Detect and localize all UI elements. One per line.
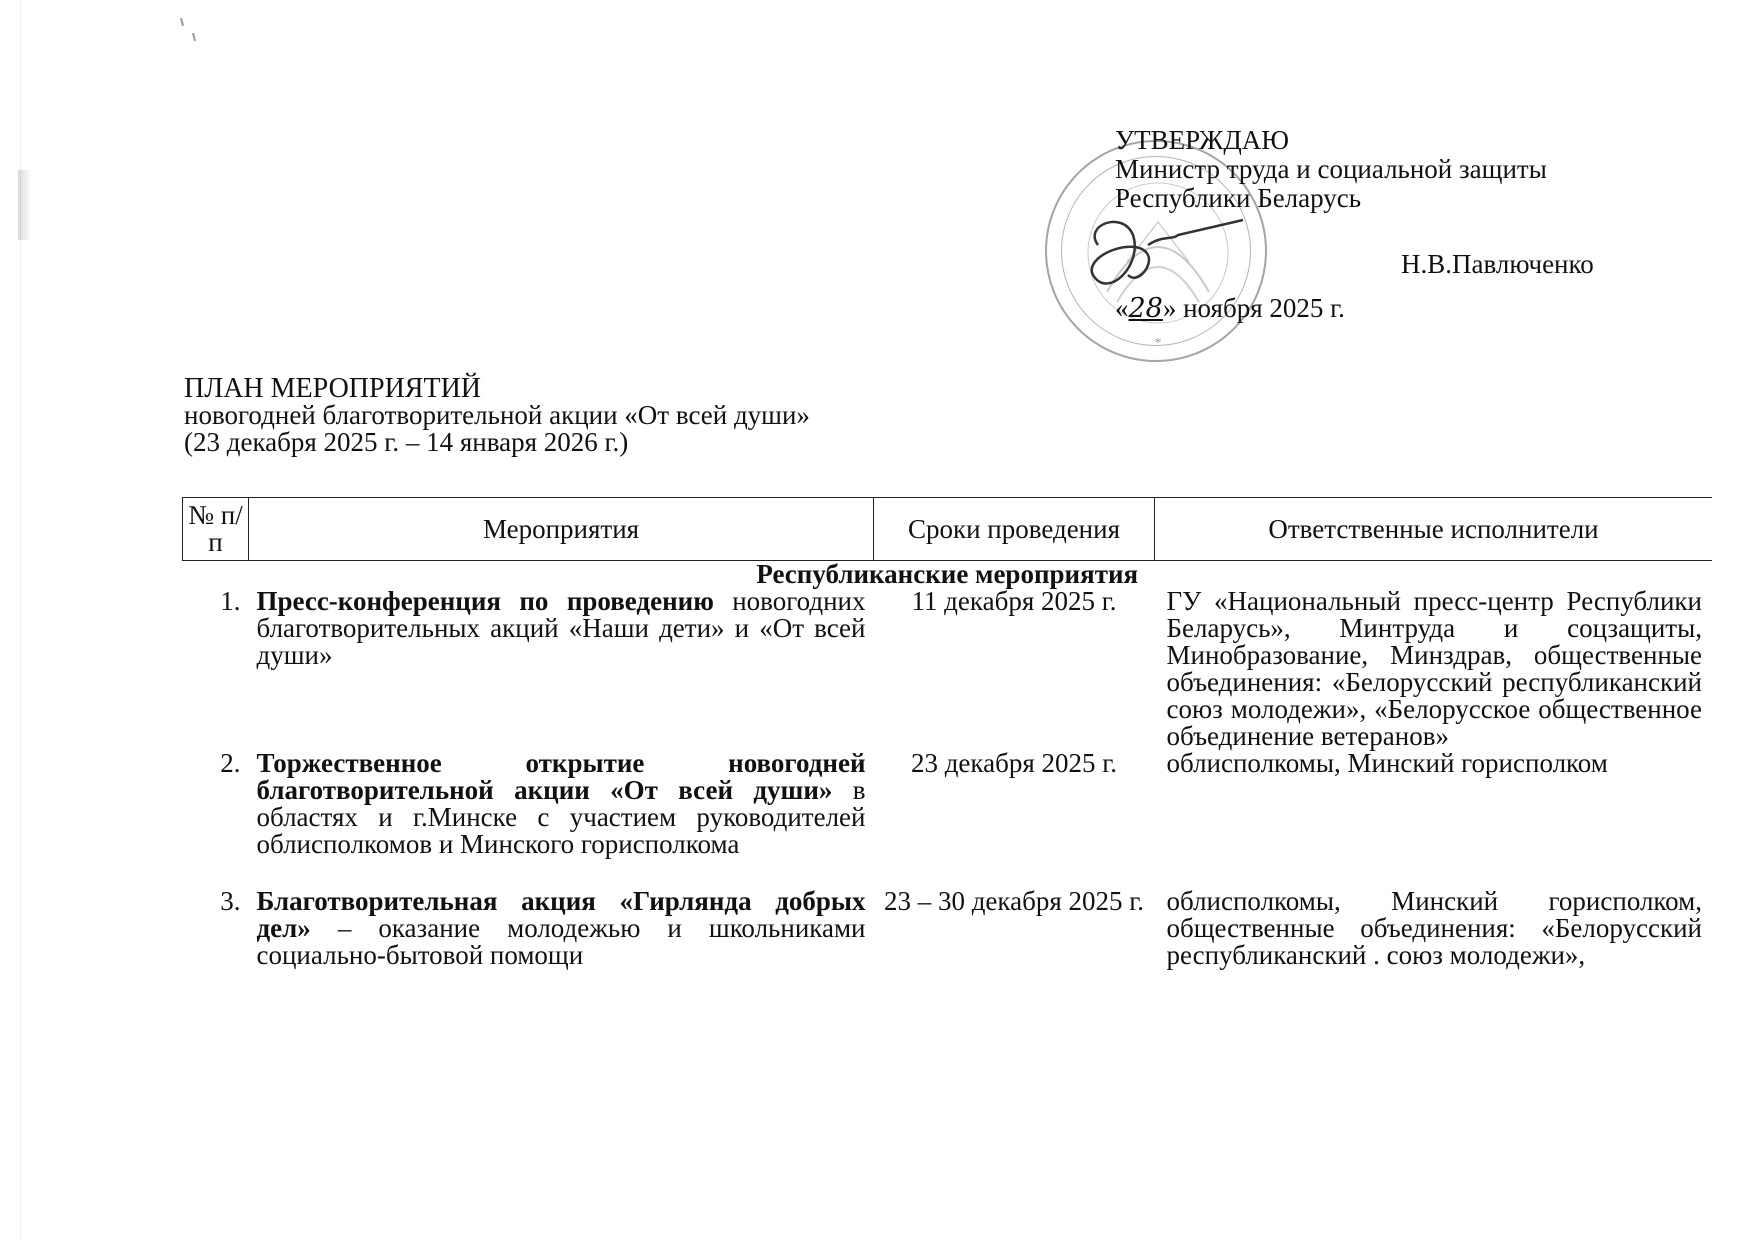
document-title: ПЛАН МЕРОПРИЯТИЙ новогодней благотворите… bbox=[184, 375, 810, 456]
approval-block: УТВЕРЖДАЮ Министр труда и социальной защ… bbox=[1115, 126, 1547, 213]
row-responsible: облисполкомы, Минский горисполком, общес… bbox=[1155, 888, 1713, 999]
approval-position-line2: Республики Беларусь bbox=[1115, 184, 1547, 213]
section-row: Республиканские мероприятия bbox=[183, 561, 1713, 589]
row-event-bold: Пресс-конференция по проведению bbox=[257, 586, 714, 616]
row-responsible: ГУ «Национальный пресс-центр Республики … bbox=[1155, 588, 1713, 750]
row-number: 3. bbox=[183, 888, 249, 999]
approval-date-open: « bbox=[1115, 293, 1129, 323]
approval-position-line1: Министр труда и социальной защиты bbox=[1115, 155, 1547, 184]
table-row: 3. Благотворительная акция «Гирлянда доб… bbox=[183, 888, 1713, 999]
row-event-rest: – оказание молодежью и школьниками социа… bbox=[257, 913, 866, 970]
section-title: Республиканские мероприятия bbox=[183, 561, 1713, 589]
title-line2: новогодней благотворительной акции «От в… bbox=[184, 402, 810, 429]
row-event-bold: Торжественное открытие новогодней благот… bbox=[257, 748, 866, 805]
approver-name: Н.В.Павлюченко bbox=[1401, 250, 1594, 279]
row-event: Пресс-конференция по проведению новогодн… bbox=[249, 588, 874, 750]
table-row: 2. Торжественное открытие новогодней бла… bbox=[183, 750, 1713, 888]
row-date: 23 декабря 2025 г. bbox=[874, 750, 1155, 888]
row-responsible: облисполкомы, Минский горисполком bbox=[1155, 750, 1713, 888]
table-row: 1. Пресс-конференция по проведению новог… bbox=[183, 588, 1713, 750]
header-event: Мероприятия bbox=[249, 498, 874, 561]
title-line3: (23 декабря 2025 г. – 14 января 2026 г.) bbox=[184, 429, 810, 456]
plan-table: № п/п Мероприятия Сроки проведения Ответ… bbox=[182, 497, 1712, 999]
row-event: Торжественное открытие новогодней благот… bbox=[249, 750, 874, 888]
table-header-row: № п/п Мероприятия Сроки проведения Ответ… bbox=[183, 498, 1713, 561]
header-responsible: Ответственные исполнители bbox=[1155, 498, 1713, 561]
row-number: 2. bbox=[183, 750, 249, 888]
title-line1: ПЛАН МЕРОПРИЯТИЙ bbox=[184, 375, 810, 402]
row-date: 11 декабря 2025 г. bbox=[874, 588, 1155, 750]
scan-speck bbox=[192, 33, 196, 41]
approval-date: «28» ноября 2025 г. bbox=[1115, 294, 1345, 323]
approval-heading: УТВЕРЖДАЮ bbox=[1115, 126, 1547, 155]
scan-artifact bbox=[18, 170, 32, 240]
header-date: Сроки проведения bbox=[874, 498, 1155, 561]
row-event: Благотворительная акция «Гирлянда добрых… bbox=[249, 888, 874, 999]
row-date: 23 – 30 декабря 2025 г. bbox=[874, 888, 1155, 999]
scan-speck bbox=[180, 18, 184, 26]
svg-text:*: * bbox=[1155, 336, 1162, 351]
header-no: № п/п bbox=[183, 498, 249, 561]
approval-date-rest: » ноября 2025 г. bbox=[1163, 293, 1345, 323]
approval-date-day: 28 bbox=[1129, 294, 1163, 323]
row-number: 1. bbox=[183, 588, 249, 750]
